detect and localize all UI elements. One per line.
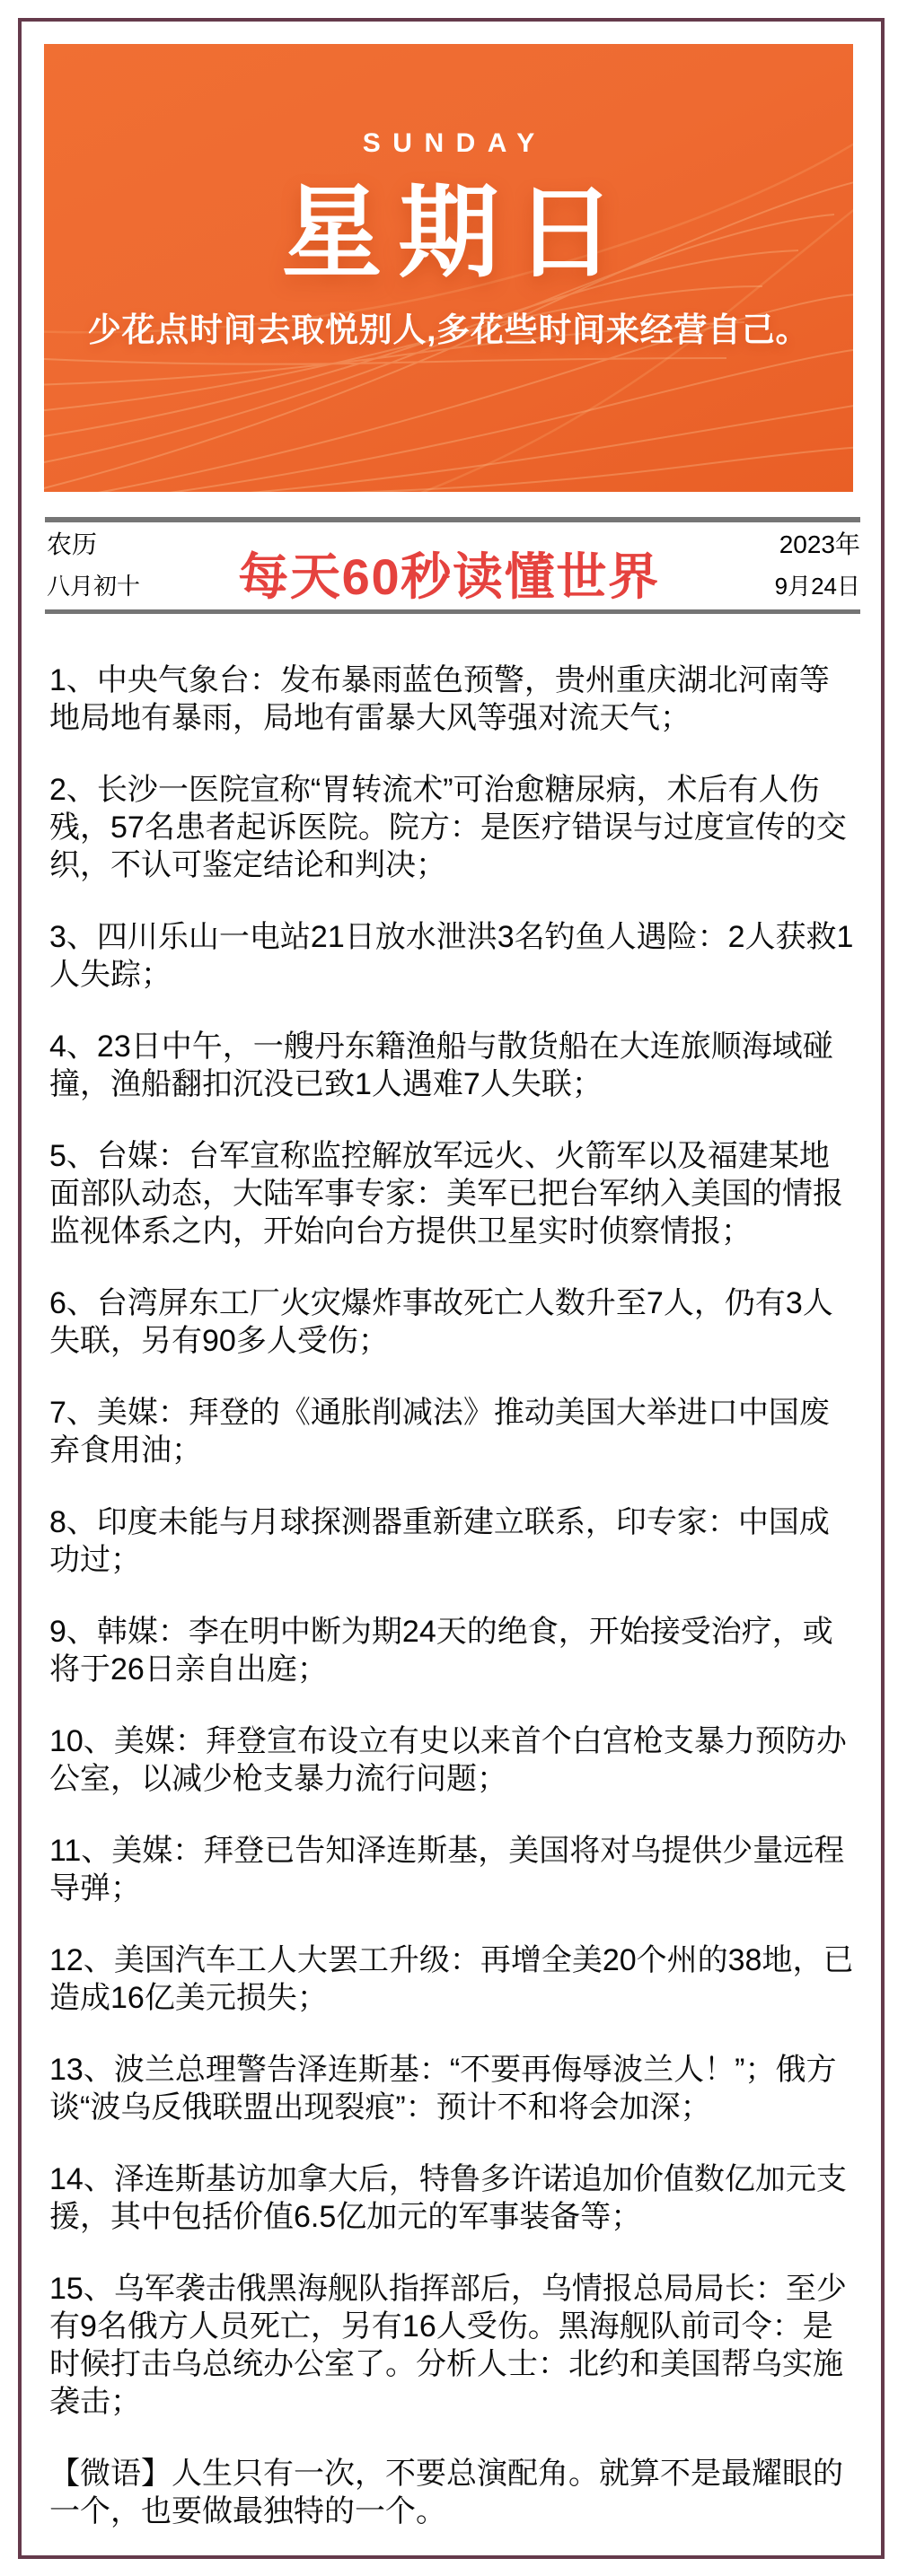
- news-item-14: 14、泽连斯基访加拿大后，特鲁多许诺追加价值数亿加元支援，其中包括价值6.5亿加…: [49, 2160, 858, 2236]
- news-item-6: 6、台湾屏东工厂火灾爆炸事故死亡人数升至7人，仍有3人失联，另有90多人受伤；: [49, 1284, 858, 1360]
- news-item-12: 12、美国汽车工人大罢工升级：再增全美20个州的38地，已造成16亿美元损失；: [49, 1941, 858, 2017]
- weekday-english-label: SUNDAY: [44, 128, 853, 159]
- year-label: 2023年: [629, 525, 860, 561]
- top-divider: [45, 517, 860, 522]
- news-item-1: 1、中央气象台：发布暴雨蓝色预警，贵州重庆湖北河南等地局地有暴雨，局地有雷暴大风…: [49, 662, 858, 737]
- news-item-5: 5、台媒：台军宣称监控解放军远火、火箭军以及福建某地面部队动态，大陆军事专家：美…: [49, 1137, 858, 1250]
- news-item-10: 10、美媒：拜登宣布设立有史以来首个白宫枪支暴力预防办公室，以减少枪支暴力流行问…: [49, 1722, 858, 1798]
- banner-motto: 少花点时间去取悦别人,多花些时间来经营自己。: [44, 302, 853, 351]
- news-item-9: 9、韩媒：李在明中断为期24天的绝食，开始接受治疗，或将于26日亲自出庭；: [49, 1613, 858, 1688]
- news-item-3: 3、四川乐山一电站21日放水泄洪3名钓鱼人遇险：2人获救1人失踪；: [49, 918, 858, 994]
- news-item-13: 13、波兰总理警告泽连斯基：“不要再侮辱波兰人！”；俄方谈“波乌反俄联盟出现裂痕…: [49, 2051, 858, 2126]
- header-banner: SUNDAY 星期日 少花点时间去取悦别人,多花些时间来经营自己。: [44, 44, 853, 492]
- news-item-15: 15、乌军袭击俄黑海舰队指挥部后，乌情报总局局长：至少有9名俄方人员死亡，另有1…: [49, 2270, 858, 2421]
- bottom-divider: [45, 609, 860, 614]
- news-item-8: 8、印度未能与月球探测器重新建立联系，印专家：中国成功过；: [49, 1503, 858, 1579]
- news-item-7: 7、美媒：拜登的《通胀削减法》推动美国大举进口中国废弃食用油；: [49, 1394, 858, 1469]
- news-item-11: 11、美媒：拜登已告知泽连斯基，美国将对乌提供少量远程导弹；: [49, 1832, 858, 1907]
- news-item-4: 4、23日中午，一艘丹东籍渔船与散货船在大连旅顺海域碰撞，渔船翻扣沉没已致1人遇…: [49, 1028, 858, 1103]
- weiyu-quote: 【微语】人生只有一次，不要总演配角。就算不是最耀眼的一个，也要做最独特的一个。: [49, 2455, 858, 2530]
- weekday-chinese-title: 星期日: [44, 168, 853, 299]
- news-list: 1、中央气象台：发布暴雨蓝色预警，贵州重庆湖北河南等地局地有暴雨，局地有雷暴大风…: [49, 662, 858, 2564]
- date-label: 9月24日: [629, 568, 860, 601]
- news-item-2: 2、长沙一医院宣称“胃转流术”可治愈糖尿病，术后有人伤残，57名患者起诉医院。院…: [49, 771, 858, 884]
